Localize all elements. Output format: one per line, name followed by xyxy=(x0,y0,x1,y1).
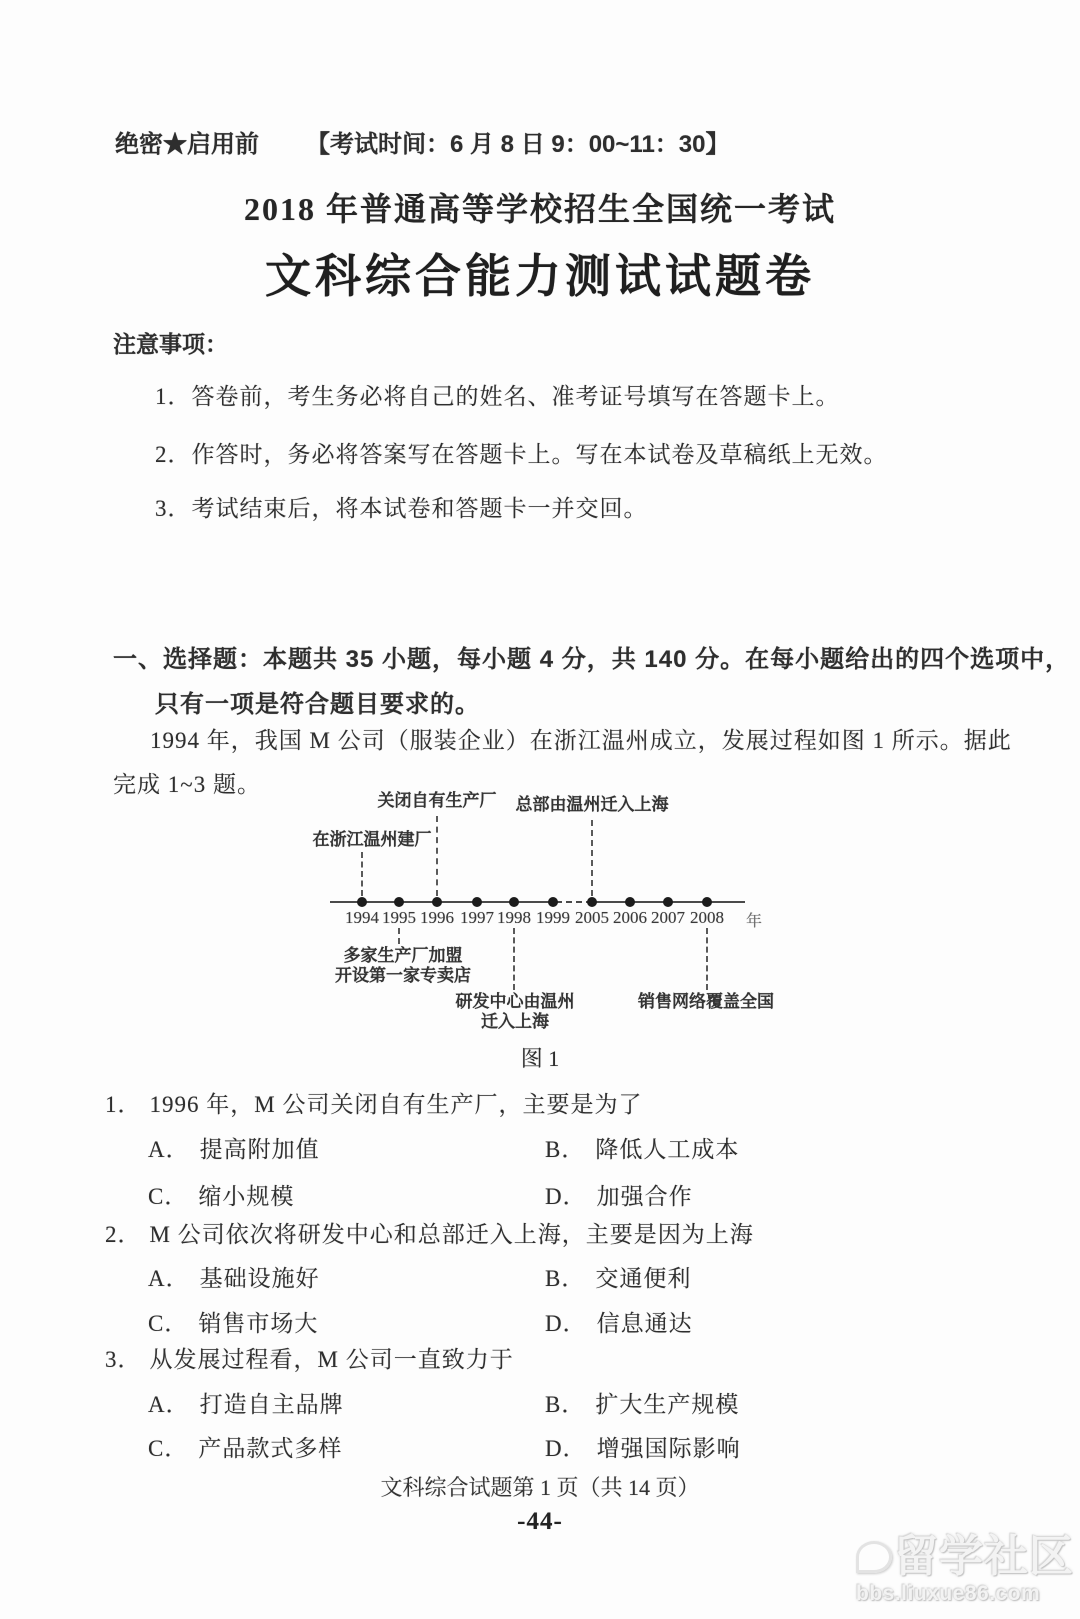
question-stem: 2．M 公司依次将研发中心和总部迁入上海，主要是因为上海 xyxy=(105,1216,754,1249)
section-heading-line2: 只有一项是符合题目要求的。 xyxy=(155,684,480,719)
exam-subtitle: 文科综合能力测试试题卷 xyxy=(0,240,1080,306)
question-stem: 3．从发展过程看，M 公司一直致力于 xyxy=(105,1341,514,1374)
option-a: A．提高附加值 xyxy=(148,1131,320,1164)
watermark-url: bbs.liuxue86.com xyxy=(856,1582,1080,1606)
leader-line-2008 xyxy=(706,928,708,990)
option-text: 提高附加值 xyxy=(200,1137,320,1162)
option-label: C． xyxy=(148,1311,188,1336)
option-b: B．扩大生产规模 xyxy=(545,1386,739,1419)
option-text: 打造自主品牌 xyxy=(200,1392,344,1417)
option-label: A． xyxy=(148,1266,190,1291)
option-d: D．信息通达 xyxy=(545,1305,693,1338)
timeline-dot-1999 xyxy=(548,897,558,907)
leader-line-1995 xyxy=(398,928,400,944)
option-b: B．交通便利 xyxy=(545,1260,691,1293)
question-stem: 1．1996 年，M 公司关闭自有生产厂，主要是为了 xyxy=(105,1086,642,1119)
option-a: A．打造自主品牌 xyxy=(148,1386,344,1419)
leader-line-2005 xyxy=(591,820,593,896)
exam-paper-page: 绝密★启用前 【考试时间：6 月 8 日 9：00~11：30】 2018 年普… xyxy=(0,0,1080,1619)
option-label: B． xyxy=(545,1392,585,1417)
watermark: 留学社区 bbs.liuxue86.com xyxy=(856,1534,1080,1606)
footer-page-info: 文科综合试题第 1 页（共 14 页） xyxy=(0,1471,1080,1502)
event-label-1994: 在浙江温州建厂 xyxy=(297,830,447,850)
option-text: 增强国际影响 xyxy=(597,1436,741,1461)
notice-item-2: 2．作答时，务必将答案写在答题卡上。写在本试卷及草稿纸上无效。 xyxy=(155,436,888,469)
timeline-dot-2006 xyxy=(625,897,635,907)
option-c: C．产品款式多样 xyxy=(148,1430,342,1463)
question-text: M 公司依次将研发中心和总部迁入上海，主要是因为上海 xyxy=(150,1222,754,1247)
exam-title: 2018 年普通高等学校招生全国统一考试 xyxy=(0,184,1080,230)
notice-heading: 注意事项： xyxy=(113,326,228,359)
option-label: C． xyxy=(148,1436,188,1461)
event-label-1998-line1: 研发中心由温州 xyxy=(445,992,585,1012)
timeline-dot-2007 xyxy=(663,897,673,907)
event-label-2008: 销售网络覆盖全国 xyxy=(630,992,782,1012)
option-d: D．增强国际影响 xyxy=(545,1430,741,1463)
option-c: C．销售市场大 xyxy=(148,1305,318,1338)
event-label-1995-line1: 多家生产厂加盟 xyxy=(326,946,480,966)
option-b: B．降低人工成本 xyxy=(545,1131,739,1164)
notice-item-1: 1．答卷前，考生务必将自己的姓名、准考证号填写在答题卡上。 xyxy=(155,378,840,411)
option-text: 缩小规模 xyxy=(198,1184,294,1209)
timeline-dot-1996 xyxy=(432,897,442,907)
option-d: D．加强合作 xyxy=(545,1178,693,1211)
figure-caption: 图 1 xyxy=(0,1042,1080,1073)
option-label: A． xyxy=(148,1137,190,1162)
question-text: 从发展过程看，M 公司一直致力于 xyxy=(150,1347,514,1372)
option-text: 产品款式多样 xyxy=(198,1436,342,1461)
option-text: 基础设施好 xyxy=(200,1266,320,1291)
option-text: 加强合作 xyxy=(597,1184,693,1209)
event-label-1998-line2: 迁入上海 xyxy=(445,1012,585,1032)
option-label: D． xyxy=(545,1436,587,1461)
event-label-2008-line1: 销售网络覆盖全国 xyxy=(630,992,782,1012)
option-label: A． xyxy=(148,1392,190,1417)
event-label-1998: 研发中心由温州 迁入上海 xyxy=(445,992,585,1032)
question-group-intro-line1: 1994 年，我国 M 公司（服装企业）在浙江温州成立，发展过程如图 1 所示。… xyxy=(150,722,1012,755)
axis-unit-label: 年 xyxy=(746,908,762,931)
speech-bubble-icon xyxy=(856,1541,892,1573)
option-label: D． xyxy=(545,1311,587,1336)
option-text: 降低人工成本 xyxy=(595,1137,739,1162)
option-text: 销售市场大 xyxy=(198,1311,318,1336)
leader-line-1998 xyxy=(513,928,515,990)
timeline-dot-1994 xyxy=(357,897,367,907)
question-group-intro-line2: 完成 1~3 题。 xyxy=(113,766,261,799)
option-a: A．基础设施好 xyxy=(148,1260,320,1293)
option-c: C．缩小规模 xyxy=(148,1178,294,1211)
event-label-2005: 总部由温州迁入上海 xyxy=(505,795,679,815)
event-label-1995: 多家生产厂加盟 开设第一家专卖店 xyxy=(326,946,480,986)
option-label: C． xyxy=(148,1184,188,1209)
question-number: 3． xyxy=(105,1347,142,1372)
section-heading-line1: 一、选择题：本题共 35 小题，每小题 4 分，共 140 分。在每小题给出的四… xyxy=(113,639,1070,674)
timeline-dot-2008 xyxy=(702,897,712,907)
option-text: 交通便利 xyxy=(595,1266,691,1291)
leader-line-1994 xyxy=(361,852,363,896)
year-tick-label: 2008 xyxy=(681,908,733,928)
event-label-1995-line2: 开设第一家专卖店 xyxy=(326,966,480,986)
security-classification-label: 绝密★启用前 xyxy=(115,124,259,159)
leader-line-1996 xyxy=(436,816,438,896)
option-label: D． xyxy=(545,1184,587,1209)
notice-item-3: 3．考试结束后，将本试卷和答题卡一并交回。 xyxy=(155,490,648,523)
option-label: B． xyxy=(545,1266,585,1291)
event-label-1996: 关闭自有生产厂 xyxy=(357,791,517,811)
exam-time-label: 【考试时间：6 月 8 日 9：00~11：30】 xyxy=(306,124,730,159)
option-text: 扩大生产规模 xyxy=(595,1392,739,1417)
timeline-dot-1997 xyxy=(472,897,482,907)
question-text: 1996 年，M 公司关闭自有生产厂，主要是为了 xyxy=(150,1092,643,1117)
timeline-dot-1998 xyxy=(509,897,519,907)
question-number: 1． xyxy=(105,1092,142,1117)
option-label: B． xyxy=(545,1137,585,1162)
option-text: 信息通达 xyxy=(597,1311,693,1336)
timeline-dot-1995 xyxy=(394,897,404,907)
question-number: 2． xyxy=(105,1222,142,1247)
watermark-text: 留学社区 xyxy=(894,1534,1074,1580)
timeline-dot-2005 xyxy=(587,897,597,907)
